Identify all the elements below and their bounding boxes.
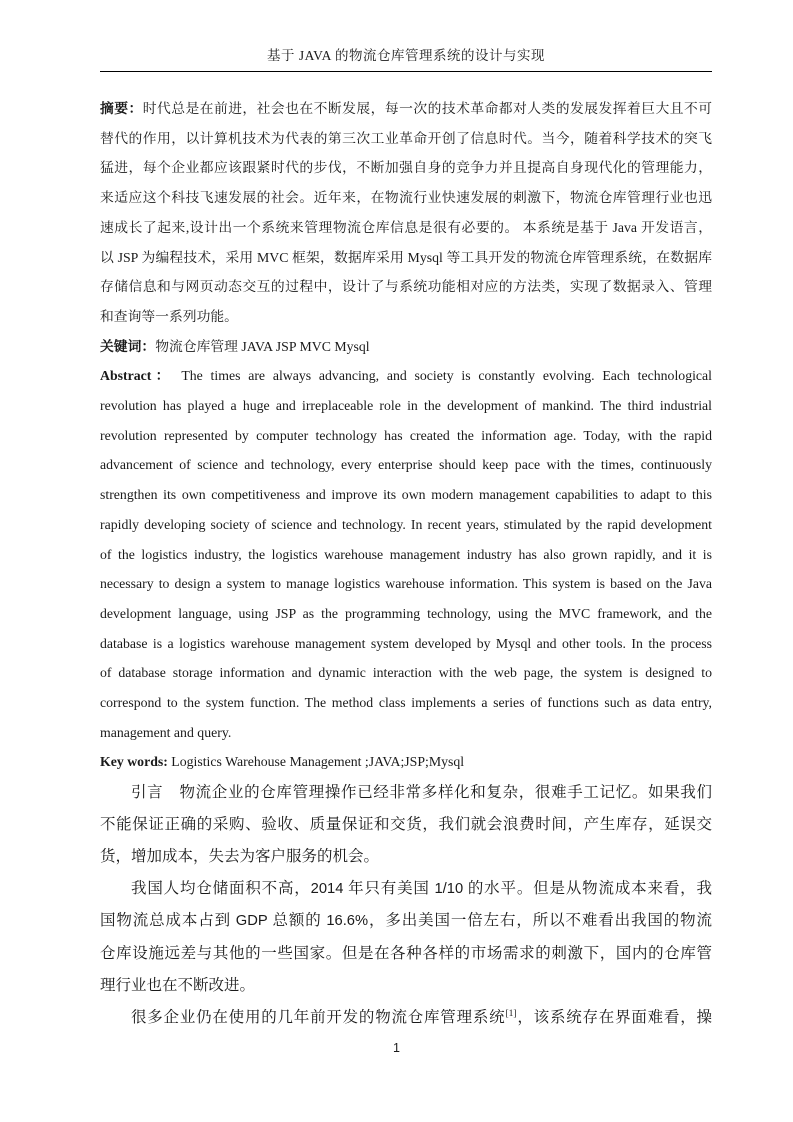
text-run: rapidly developing society of science an…: [100, 517, 712, 532]
intro-paragraph-1: 引言 物流企业的仓库管理操作已经非常多样化和复杂，很难手工记忆。如果我们不能保证…: [100, 777, 712, 872]
text-run: 1/10: [434, 881, 463, 897]
text-run: 引言 物流企业的仓库管理操作已经非常多样化和复杂，很难手工记忆。如果我们: [131, 784, 712, 801]
text-line: development language, using JSP as the p…: [100, 599, 712, 629]
text-line: Abstract： The times are always advancing…: [100, 361, 712, 391]
text-run: of database storage information and dyna…: [100, 665, 712, 680]
header-title: 基于 JAVA 的物流仓库管理系统的设计与实现: [267, 48, 545, 63]
text-line: 仓库设施远差与其他的一些国家。但是在各种各样的市场需求的刺激下，国内的仓库管: [100, 938, 712, 970]
text-run: advancement of science and technology, e…: [100, 457, 712, 472]
text-line: 猛进，每个企业都应该跟紧时代的步伐，不断加强自身的竞争力并且提高自身现代化的管理…: [100, 153, 712, 183]
text-line: of the logistics industry, the logistics…: [100, 540, 712, 570]
text-line: 很多企业仍在使用的几年前开发的物流仓库管理系统[1]，该系统存在界面难看，操: [100, 1002, 712, 1034]
text-run: GDP: [236, 913, 268, 929]
text-run: management and query.: [100, 725, 231, 740]
text-line: necessary to design a system to manage l…: [100, 569, 712, 599]
text-line: 不能保证正确的采购、验收、质量保证和交货，我们就会浪费时间，产生库存，延误交: [100, 809, 712, 841]
abstract-cn-paragraph: 摘要：时代总是在前进，社会也在不断发展，每一次的技术革命都对人类的发展发挥着巨大…: [100, 94, 712, 332]
citation-superscript: [1]: [505, 1008, 516, 1019]
text-run: 时代总是在前进，社会也在不断发展，每一次的技术革命都对人类的发展发挥着巨大且不可: [143, 101, 712, 116]
text-line: Key words: Logistics Warehouse Managemen…: [100, 747, 712, 777]
text-run: 的水平。但是从物流成本来看，我: [463, 880, 712, 897]
document-page: 基于 JAVA 的物流仓库管理系统的设计与实现 摘要：时代总是在前进，社会也在不…: [0, 0, 793, 1122]
page-header: 基于 JAVA 的物流仓库管理系统的设计与实现: [100, 46, 712, 72]
text-run: of the logistics industry, the logistics…: [100, 547, 712, 562]
text-line: 替代的作用，以计算机技术为代表的第三次工业革命开创了信息时代。当今，随着科学技术…: [100, 124, 712, 154]
text-run: 替代的作用，以计算机技术为代表的第三次工业革命开创了信息时代。当今，随着科学技术…: [100, 131, 712, 146]
text-run: 16.6%: [326, 913, 368, 929]
text-run: 货，增加成本，失去为客户服务的机会。: [100, 848, 379, 865]
page-footer: 1: [0, 1040, 793, 1056]
text-line: 存储信息和与网页动态交互的过程中，设计了与系统功能相对应的方法类，实现了数据录入…: [100, 272, 712, 302]
text-line: correspond to the system function. The m…: [100, 688, 712, 718]
text-run: 很多企业仍在使用的几年前开发的物流仓库管理系统: [131, 1009, 505, 1026]
text-line: 理行业也在不断改进。: [100, 970, 712, 1002]
text-line: 来适应这个科技飞速发展的社会。近年来，在物流行业快速发展的刺激下，物流仓库管理行…: [100, 183, 712, 213]
text-line: 关键词：物流仓库管理 JAVA JSP MVC Mysql: [100, 332, 712, 362]
text-line: 货，增加成本，失去为客户服务的机会。: [100, 841, 712, 873]
text-run: correspond to the system function. The m…: [100, 695, 712, 710]
text-run: Key words:: [100, 754, 168, 769]
text-run: 以 JSP 为编程技术，采用 MVC 框架，数据库采用 Mysql 等工具开发的…: [100, 250, 712, 265]
text-run: 猛进，每个企业都应该跟紧时代的步伐，不断加强自身的竞争力并且提高自身现代化的管理…: [100, 160, 712, 175]
text-run: 2014: [311, 881, 344, 897]
text-run: 速成长了起来,设计出一个系统来管理物流仓库信息是很有必要的。 本系统是基于 Ja…: [100, 220, 712, 235]
text-line: 国物流总成本占到 GDP 总额的 16.6%，多出美国一倍左右，所以不难看出我国…: [100, 905, 712, 938]
text-run: 总额的: [268, 912, 327, 929]
text-line: advancement of science and technology, e…: [100, 450, 712, 480]
text-line: of database storage information and dyna…: [100, 658, 712, 688]
text-run: 我国人均仓储面积不高，: [131, 880, 311, 897]
keywords-cn-line: 关键词：物流仓库管理 JAVA JSP MVC Mysql: [100, 332, 712, 362]
text-line: revolution represented by computer techn…: [100, 421, 712, 451]
text-line: 引言 物流企业的仓库管理操作已经非常多样化和复杂，很难手工记忆。如果我们: [100, 777, 712, 809]
text-run: 关键词：: [100, 339, 155, 354]
text-run: 存储信息和与网页动态交互的过程中，设计了与系统功能相对应的方法类，实现了数据录入…: [100, 279, 712, 294]
abstract-en-paragraph: Abstract： The times are always advancing…: [100, 361, 712, 747]
text-run: Abstract：: [100, 368, 174, 383]
text-run: 物流仓库管理 JAVA JSP MVC Mysql: [155, 339, 369, 354]
text-run: Logistics Warehouse Management ;JAVA;JSP…: [168, 754, 464, 769]
text-run: ，多出美国一倍左右，所以不难看出我国的物流: [368, 912, 712, 929]
text-run: revolution represented by computer techn…: [100, 428, 712, 443]
text-run: revolution has played a huge and irrepla…: [100, 398, 712, 413]
text-run: 来适应这个科技飞速发展的社会。近年来，在物流行业快速发展的刺激下，物流仓库管理行…: [100, 190, 712, 205]
text-line: management and query.: [100, 718, 712, 748]
text-line: revolution has played a huge and irrepla…: [100, 391, 712, 421]
text-run: 国物流总成本占到: [100, 912, 236, 929]
page-number: 1: [393, 1041, 400, 1055]
text-run: 理行业也在不断改进。: [100, 977, 255, 994]
document-body: 摘要：时代总是在前进，社会也在不断发展，每一次的技术革命都对人类的发展发挥着巨大…: [100, 94, 712, 1034]
text-run: 和查询等一系列功能。: [100, 309, 238, 324]
text-line: rapidly developing society of science an…: [100, 510, 712, 540]
text-run: ，该系统存在界面难看，操: [517, 1009, 712, 1026]
text-line: 我国人均仓储面积不高，2014 年只有美国 1/10 的水平。但是从物流成本来看…: [100, 873, 712, 906]
text-line: database is a logistics warehouse manage…: [100, 629, 712, 659]
text-line: strengthen its own competitiveness and i…: [100, 480, 712, 510]
text-run: database is a logistics warehouse manage…: [100, 636, 712, 651]
text-run: 仓库设施远差与其他的一些国家。但是在各种各样的市场需求的刺激下，国内的仓库管: [100, 945, 712, 962]
keywords-en-line: Key words: Logistics Warehouse Managemen…: [100, 747, 712, 777]
text-run: strengthen its own competitiveness and i…: [100, 487, 712, 502]
text-run: 摘要：: [100, 101, 143, 116]
text-line: 速成长了起来,设计出一个系统来管理物流仓库信息是很有必要的。 本系统是基于 Ja…: [100, 213, 712, 243]
text-run: necessary to design a system to manage l…: [100, 576, 712, 591]
text-run: 年只有美国: [343, 880, 434, 897]
text-run: 不能保证正确的采购、验收、质量保证和交货，我们就会浪费时间，产生库存，延误交: [100, 816, 712, 833]
intro-paragraph-2: 我国人均仓储面积不高，2014 年只有美国 1/10 的水平。但是从物流成本来看…: [100, 873, 712, 1002]
text-line: 摘要：时代总是在前进，社会也在不断发展，每一次的技术革命都对人类的发展发挥着巨大…: [100, 94, 712, 124]
text-line: 和查询等一系列功能。: [100, 302, 712, 332]
text-line: 以 JSP 为编程技术，采用 MVC 框架，数据库采用 Mysql 等工具开发的…: [100, 243, 712, 273]
text-run: The times are always advancing, and soci…: [174, 368, 712, 383]
text-run: development language, using JSP as the p…: [100, 606, 712, 621]
intro-paragraph-3: 很多企业仍在使用的几年前开发的物流仓库管理系统[1]，该系统存在界面难看，操: [100, 1002, 712, 1034]
